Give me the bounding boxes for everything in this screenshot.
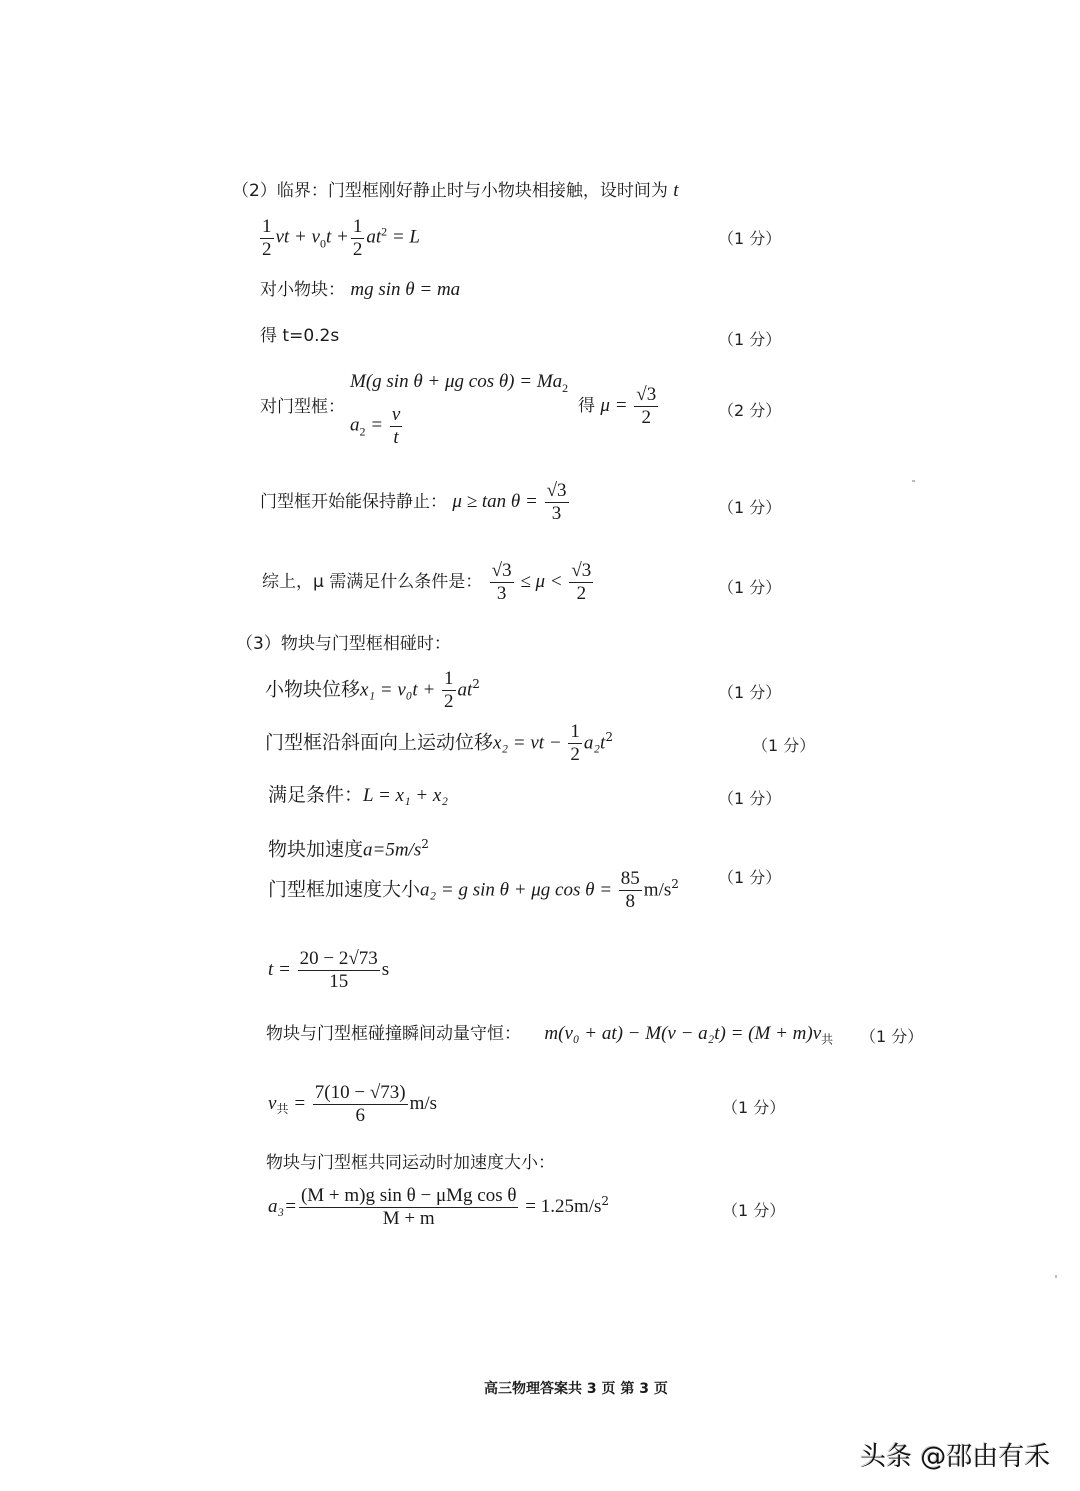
momentum-conservation: 物块与门型框碰撞瞬间动量守恒： m(v₀ + at) − M(v − a₂t) …: [266, 1024, 833, 1045]
eq-sup: 2: [605, 730, 613, 744]
eq-sub: 2: [562, 381, 568, 395]
block-displacement: 小物块位移x₁ = v₀t + 12at2: [265, 668, 480, 713]
equation: a₂ = g sin θ + μg cos θ =: [420, 879, 617, 900]
frac-den: 15: [327, 971, 350, 993]
label: 小物块位移: [265, 678, 360, 700]
score-mark: （1 分）: [722, 1095, 785, 1118]
frac-num: 1: [260, 216, 274, 239]
frac-num: 1: [442, 668, 456, 691]
label: 门型框开始能保持静止：: [260, 492, 447, 512]
part2-heading-var: t: [673, 180, 678, 201]
equation: x₂ = vt −: [493, 732, 566, 753]
frac-num: √3: [490, 560, 514, 583]
score-mark: （1 分）: [718, 226, 781, 249]
equation: m(v₀ + at) − M(v − a₂t) = (M + m)v: [544, 1023, 821, 1044]
frac-num: 20 − 2√73: [298, 948, 380, 971]
collision-condition: 满足条件：L = x₁ + x₂: [268, 786, 448, 805]
eq-sup: 2: [421, 837, 429, 851]
frac-den: 2: [260, 239, 274, 261]
frac-num: 1: [351, 216, 365, 239]
scan-speck: [912, 480, 915, 482]
joint-acceleration: a₃=(M + m)g sin θ − μMg cos θM + m = 1.2…: [268, 1185, 609, 1230]
equation-displacement-sum: 12vt + v0t +12at2 = L: [258, 216, 420, 261]
equation: a=5m/s: [363, 839, 421, 860]
score-mark: （1 分）: [752, 733, 815, 756]
frac-den: t: [391, 427, 400, 449]
page-footer: 高三物理答案共 3 页 第 3 页: [484, 1378, 668, 1398]
common-velocity: v共 = 7(10 − √73)6m/s: [268, 1082, 437, 1127]
part2-heading-text: （2）临界：门型框刚好静止时与小物块相接触，设时间为: [232, 181, 668, 201]
equation: L = x₁ + x₂: [363, 785, 448, 806]
t-result: 得 t=0.2s: [260, 328, 339, 345]
scan-speck: [1055, 1275, 1057, 1278]
frac-den: M + m: [381, 1208, 437, 1230]
eq-term: a₂t: [584, 732, 605, 753]
equation: t =: [268, 959, 296, 980]
joint-accel-label: 物块与门型框共同运动时加速度大小：: [266, 1155, 555, 1172]
frac-num: 85: [619, 868, 642, 891]
frame-label: 对门型框：: [260, 399, 345, 416]
eq-sub: 共: [821, 1032, 833, 1046]
eq-sup: 2: [601, 1194, 609, 1208]
label: 门型框加速度大小: [268, 878, 420, 900]
frac-num: v: [390, 404, 402, 427]
frac-den: 3: [550, 503, 564, 525]
score-mark: （1 分）: [722, 1198, 785, 1221]
block-force-equation: 对小物块： mg sin θ = ma: [260, 280, 460, 299]
frac-den: 6: [353, 1105, 367, 1127]
label: 综上，μ 需满足什么条件是：: [262, 572, 482, 592]
equation: = 1.25m/s: [520, 1196, 601, 1217]
score-mark: （1 分）: [718, 495, 781, 518]
time-result: t = 20 − 2√7315s: [268, 948, 389, 993]
frac-num: 7(10 − √73): [313, 1082, 408, 1105]
frac-den: 2: [442, 691, 456, 713]
equation: M(g sin θ + μg cos θ) = Ma: [350, 371, 562, 392]
eq-sub: 共: [276, 1102, 288, 1116]
score-mark: （1 分）: [718, 786, 781, 809]
frac-den: 2: [575, 583, 589, 605]
label: 对小物块：: [260, 280, 345, 300]
equation: ≤ μ <: [516, 571, 568, 592]
eq-term: at: [458, 679, 473, 700]
frac-den: 2: [568, 744, 582, 766]
block-acceleration: 物块加速度a=5m/s2: [268, 838, 429, 859]
equation: x₁ = v₀t +: [360, 679, 440, 700]
score-mark: （1 分）: [718, 327, 781, 350]
frac-num: √3: [545, 480, 569, 503]
eq-term: =: [366, 415, 388, 436]
equation: μ ≥ tan θ =: [452, 491, 542, 512]
mu-summary: 综上，μ 需满足什么条件是： √33 ≤ μ < √32: [262, 560, 595, 605]
frac-den: 2: [639, 407, 653, 429]
frame-displacement: 门型框沿斜面向上运动位移x₂ = vt − 12a₂t2: [265, 721, 613, 766]
label: 满足条件：: [268, 784, 363, 806]
static-condition: 门型框开始能保持静止： μ ≥ tan θ = √33: [260, 480, 571, 525]
frame-accel-equation: a2 = vt: [350, 404, 404, 449]
score-mark: （1 分）: [718, 575, 781, 598]
score-mark: （1 分）: [860, 1024, 923, 1047]
frac-den: 2: [351, 239, 365, 261]
part3-heading: （3）物块与门型框相碰时：: [236, 636, 451, 653]
score-mark: （1 分）: [718, 680, 781, 703]
label: 物块与门型框碰撞瞬间动量守恒：: [266, 1024, 521, 1044]
frame-force-equation: M(g sin θ + μg cos θ) = Ma2: [350, 372, 568, 394]
watermark: 头条 @邵由有禾: [860, 1436, 1050, 1473]
eq-sup: 2: [472, 677, 480, 691]
frac-den: 8: [624, 891, 638, 913]
frac-den: 3: [495, 583, 509, 605]
equation: =: [288, 1093, 310, 1114]
eq-term: vt + v: [276, 227, 320, 248]
eq-term: = L: [387, 227, 420, 248]
mu-result: 得 μ = √32: [578, 384, 660, 429]
equation: μ =: [600, 395, 632, 416]
frac-num: (M + m)g sin θ − μMg cos θ: [299, 1185, 519, 1208]
score-mark: （2 分）: [718, 398, 781, 421]
unit: s: [382, 959, 389, 980]
frac-num: √3: [634, 384, 658, 407]
frac-num: √3: [569, 560, 593, 583]
part2-heading: （2）临界：门型框刚好静止时与小物块相接触，设时间为 t: [232, 181, 679, 200]
eq-term: a₃=: [268, 1196, 297, 1217]
label: 物块加速度: [268, 838, 363, 860]
eq-term: a: [350, 415, 360, 436]
label: 门型框沿斜面向上运动位移: [265, 731, 493, 753]
eq-term: at: [366, 227, 381, 248]
label: 得: [578, 396, 595, 416]
frame-acceleration: 门型框加速度大小a₂ = g sin θ + μg cos θ = 858m/s…: [268, 868, 679, 913]
score-mark: （1 分）: [718, 865, 781, 888]
unit: m/s: [644, 879, 671, 900]
unit: m/s: [410, 1093, 437, 1114]
eq-sup: 2: [671, 877, 679, 891]
frac-num: 1: [568, 721, 582, 744]
equation: mg sin θ = ma: [350, 279, 460, 300]
eq-term: t +: [326, 227, 349, 248]
